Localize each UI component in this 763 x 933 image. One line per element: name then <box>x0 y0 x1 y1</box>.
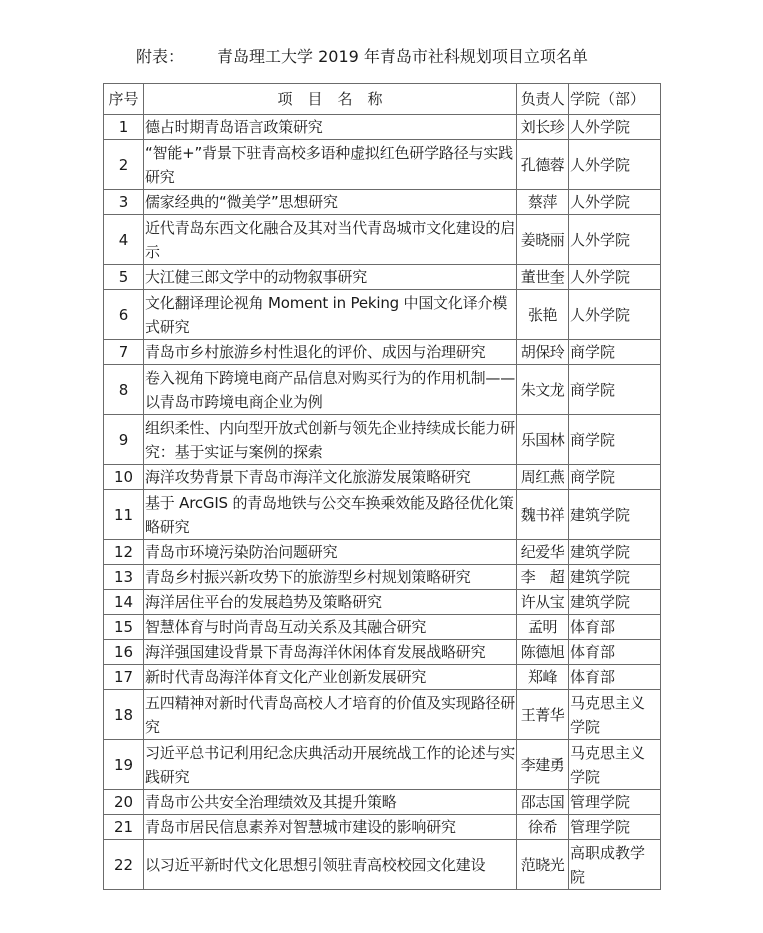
department: 建筑学院 <box>569 490 661 540</box>
department: 人外学院 <box>569 140 661 190</box>
department: 商学院 <box>569 340 661 365</box>
row-number: 5 <box>104 265 144 290</box>
project-lead: 王菁华 <box>517 690 569 740</box>
project-lead: 董世奎 <box>517 265 569 290</box>
row-number: 17 <box>104 665 144 690</box>
project-lead: 刘长珍 <box>517 115 569 140</box>
project-name: 基于 ArcGIS 的青岛地铁与公交车换乘效能及路径优化策略研究 <box>144 490 517 540</box>
row-number: 14 <box>104 590 144 615</box>
table-row: 14海洋居住平台的发展趋势及策略研究许从宝建筑学院 <box>104 590 661 615</box>
department: 体育部 <box>569 640 661 665</box>
header-dept: 学院（部） <box>569 84 661 115</box>
row-number: 4 <box>104 215 144 265</box>
title-text: 青岛理工大学 2019 年青岛市社科规划项目立项名单 <box>217 44 588 70</box>
department: 人外学院 <box>569 190 661 215</box>
project-lead: 魏书祥 <box>517 490 569 540</box>
project-lead: 郑峰 <box>517 665 569 690</box>
project-lead: 蔡萍 <box>517 190 569 215</box>
table-row: 3儒家经典的“微美学”思想研究蔡萍人外学院 <box>104 190 661 215</box>
row-number: 6 <box>104 290 144 340</box>
project-name: 智慧体育与时尚青岛互动关系及其融合研究 <box>144 615 517 640</box>
project-lead: 纪爱华 <box>517 540 569 565</box>
project-name: 习近平总书记利用纪念庆典活动开展统战工作的论述与实践研究 <box>144 740 517 790</box>
header-person: 负责人 <box>517 84 569 115</box>
project-lead: 李 超 <box>517 565 569 590</box>
table-row: 10海洋攻势背景下青岛市海洋文化旅游发展策略研究周红燕商学院 <box>104 465 661 490</box>
project-lead: 孔德蓉 <box>517 140 569 190</box>
table-row: 7青岛市乡村旅游乡村性退化的评价、成因与治理研究胡保玲商学院 <box>104 340 661 365</box>
table-row: 1德占时期青岛语言政策研究刘长珍人外学院 <box>104 115 661 140</box>
project-name: 儒家经典的“微美学”思想研究 <box>144 190 517 215</box>
project-lead: 李建勇 <box>517 740 569 790</box>
table-row: 12青岛市环境污染防治问题研究纪爱华建筑学院 <box>104 540 661 565</box>
project-name: 大江健三郎文学中的动物叙事研究 <box>144 265 517 290</box>
project-lead: 陈德旭 <box>517 640 569 665</box>
table-row: 6文化翻译理论视角 Moment in Peking 中国文化译介模式研究张艳人… <box>104 290 661 340</box>
department: 建筑学院 <box>569 565 661 590</box>
project-name: 青岛市公共安全治理绩效及其提升策略 <box>144 790 517 815</box>
table-row: 20青岛市公共安全治理绩效及其提升策略邵志国管理学院 <box>104 790 661 815</box>
department: 人外学院 <box>569 215 661 265</box>
project-lead: 胡保玲 <box>517 340 569 365</box>
project-lead: 张艳 <box>517 290 569 340</box>
row-number: 21 <box>104 815 144 840</box>
department: 商学院 <box>569 465 661 490</box>
department: 建筑学院 <box>569 590 661 615</box>
project-lead: 许从宝 <box>517 590 569 615</box>
row-number: 7 <box>104 340 144 365</box>
project-name: 五四精神对新时代青岛高校人才培育的价值及实现路径研究 <box>144 690 517 740</box>
project-lead: 孟明 <box>517 615 569 640</box>
row-number: 12 <box>104 540 144 565</box>
table-row: 18五四精神对新时代青岛高校人才培育的价值及实现路径研究王菁华马克思主义学院 <box>104 690 661 740</box>
project-name: 新时代青岛海洋体育文化产业创新发展研究 <box>144 665 517 690</box>
row-number: 16 <box>104 640 144 665</box>
header-no: 序号 <box>104 84 144 115</box>
project-name: 德占时期青岛语言政策研究 <box>144 115 517 140</box>
department: 建筑学院 <box>569 540 661 565</box>
project-name: 海洋强国建设背景下青岛海洋休闲体育发展战略研究 <box>144 640 517 665</box>
row-number: 18 <box>104 690 144 740</box>
header-name: 项 目 名 称 <box>144 84 517 115</box>
project-name: 青岛市乡村旅游乡村性退化的评价、成因与治理研究 <box>144 340 517 365</box>
table-row: 11基于 ArcGIS 的青岛地铁与公交车换乘效能及路径优化策略研究魏书祥建筑学… <box>104 490 661 540</box>
table-row: 17新时代青岛海洋体育文化产业创新发展研究郑峰体育部 <box>104 665 661 690</box>
row-number: 13 <box>104 565 144 590</box>
row-number: 22 <box>104 840 144 890</box>
department: 马克思主义学院 <box>569 690 661 740</box>
title-prefix: 附表： <box>136 44 184 70</box>
department: 商学院 <box>569 365 661 415</box>
table-row: 9组织柔性、内向型开放式创新与领先企业持续成长能力研究：基于实证与案例的探索乐国… <box>104 415 661 465</box>
row-number: 3 <box>104 190 144 215</box>
table-header-row: 序号 项 目 名 称 负责人 学院（部） <box>104 84 661 115</box>
table-row: 5大江健三郎文学中的动物叙事研究董世奎人外学院 <box>104 265 661 290</box>
document-title: 附表： 青岛理工大学 2019 年青岛市社科规划项目立项名单 <box>0 44 763 70</box>
project-name: “智能+”背景下驻青高校多语种虚拟红色研学路径与实践研究 <box>144 140 517 190</box>
project-name: 青岛市环境污染防治问题研究 <box>144 540 517 565</box>
row-number: 15 <box>104 615 144 640</box>
row-number: 10 <box>104 465 144 490</box>
department: 管理学院 <box>569 815 661 840</box>
row-number: 19 <box>104 740 144 790</box>
row-number: 1 <box>104 115 144 140</box>
project-lead: 徐希 <box>517 815 569 840</box>
project-name: 组织柔性、内向型开放式创新与领先企业持续成长能力研究：基于实证与案例的探索 <box>144 415 517 465</box>
row-number: 20 <box>104 790 144 815</box>
project-name: 海洋攻势背景下青岛市海洋文化旅游发展策略研究 <box>144 465 517 490</box>
project-name: 以习近平新时代文化思想引领驻青高校校园文化建设 <box>144 840 517 890</box>
project-name: 海洋居住平台的发展趋势及策略研究 <box>144 590 517 615</box>
table-row: 16海洋强国建设背景下青岛海洋休闲体育发展战略研究陈德旭体育部 <box>104 640 661 665</box>
table-row: 19习近平总书记利用纪念庆典活动开展统战工作的论述与实践研究李建勇马克思主义学院 <box>104 740 661 790</box>
table-row: 22以习近平新时代文化思想引领驻青高校校园文化建设范晓光高职成教学院 <box>104 840 661 890</box>
table-row: 21青岛市居民信息素养对智慧城市建设的影响研究徐希管理学院 <box>104 815 661 840</box>
row-number: 9 <box>104 415 144 465</box>
row-number: 8 <box>104 365 144 415</box>
department: 体育部 <box>569 665 661 690</box>
project-lead: 范晓光 <box>517 840 569 890</box>
project-lead: 姜晓丽 <box>517 215 569 265</box>
table-row: 15智慧体育与时尚青岛互动关系及其融合研究孟明体育部 <box>104 615 661 640</box>
project-list-table: 序号 项 目 名 称 负责人 学院（部） 1德占时期青岛语言政策研究刘长珍人外学… <box>103 83 661 890</box>
project-name: 文化翻译理论视角 Moment in Peking 中国文化译介模式研究 <box>144 290 517 340</box>
row-number: 2 <box>104 140 144 190</box>
department: 马克思主义学院 <box>569 740 661 790</box>
project-name: 近代青岛东西文化融合及其对当代青岛城市文化建设的启示 <box>144 215 517 265</box>
project-lead: 乐国林 <box>517 415 569 465</box>
department: 人外学院 <box>569 115 661 140</box>
department: 人外学院 <box>569 290 661 340</box>
project-lead: 朱文龙 <box>517 365 569 415</box>
project-name: 青岛市居民信息素养对智慧城市建设的影响研究 <box>144 815 517 840</box>
table-row: 4近代青岛东西文化融合及其对当代青岛城市文化建设的启示姜晓丽人外学院 <box>104 215 661 265</box>
table-row: 13青岛乡村振兴新攻势下的旅游型乡村规划策略研究李 超建筑学院 <box>104 565 661 590</box>
project-name: 青岛乡村振兴新攻势下的旅游型乡村规划策略研究 <box>144 565 517 590</box>
project-lead: 邵志国 <box>517 790 569 815</box>
department: 商学院 <box>569 415 661 465</box>
department: 人外学院 <box>569 265 661 290</box>
department: 体育部 <box>569 615 661 640</box>
department: 高职成教学院 <box>569 840 661 890</box>
table-row: 8卷入视角下跨境电商产品信息对购买行为的作用机制——以青岛市跨境电商企业为例朱文… <box>104 365 661 415</box>
table-row: 2“智能+”背景下驻青高校多语种虚拟红色研学路径与实践研究孔德蓉人外学院 <box>104 140 661 190</box>
row-number: 11 <box>104 490 144 540</box>
project-lead: 周红燕 <box>517 465 569 490</box>
project-name: 卷入视角下跨境电商产品信息对购买行为的作用机制——以青岛市跨境电商企业为例 <box>144 365 517 415</box>
department: 管理学院 <box>569 790 661 815</box>
